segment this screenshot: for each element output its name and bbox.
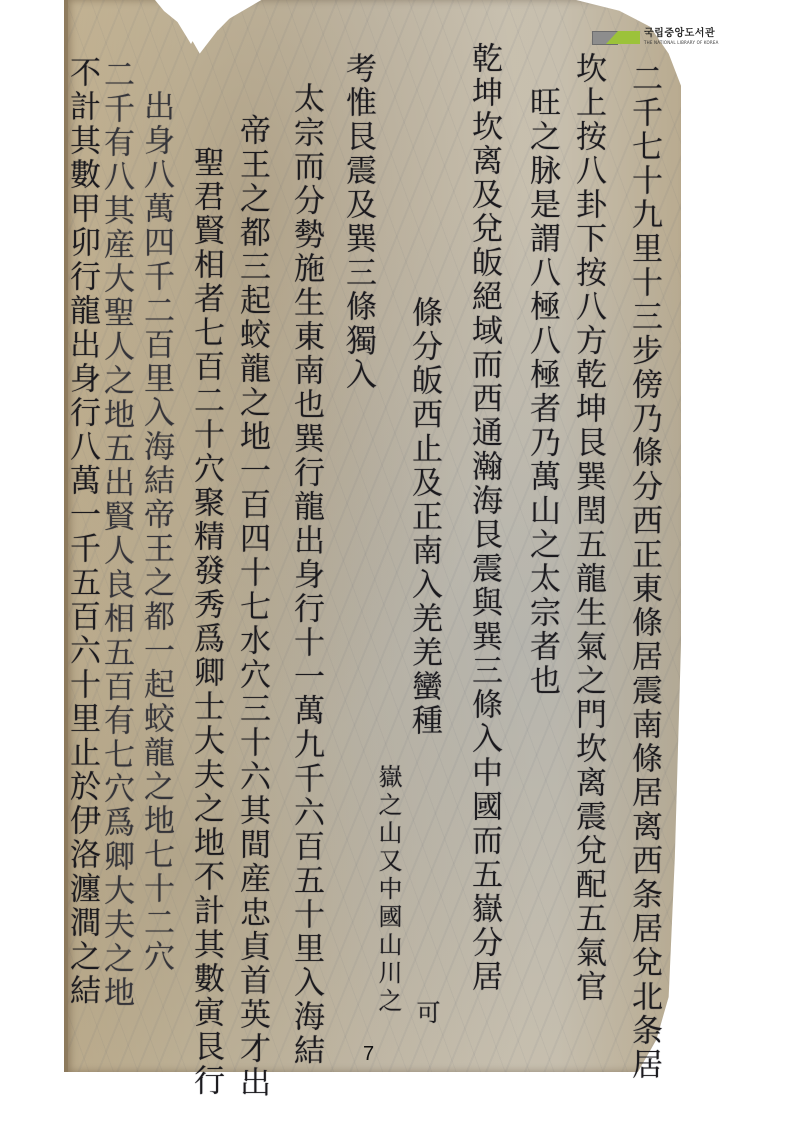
library-name-korean: 국립중앙도서관 (644, 29, 719, 39)
text-column-7: 考惟艮震及巽三條獨入 (342, 52, 373, 392)
text-column-8: 太宗而分勢施生東南也巽行龍出身行十一萬九千六百五十里入海結 (290, 82, 321, 1068)
library-name-english: THE NATIONAL LIBRARY OF KOREA (644, 41, 719, 45)
text-column-6: 嶽之山又中國山川之 (376, 764, 400, 1016)
text-column-10: 聖君賢相者七百二十穴聚精發秀爲卿士大夫之地不計其數寅艮行 (190, 146, 221, 1098)
text-column-11: 出身八萬四千二百里入海結帝王之都一起蛟龍之地七十二穴 (140, 90, 171, 974)
text-column-1: 二千七十九里十三步傍乃條分西正東條居震南條居离西条居兌北条居 (628, 62, 659, 1082)
text-column-12: 二千有八其産大聖人之地五出賢人良相五百有七穴爲卿大夫之地 (100, 58, 131, 1010)
text-column-5: 條分皈西止及正南入羌羌蠻種 (408, 296, 439, 738)
text-column-13: 不計其數甲卯行龍出身行八萬一千五百六十里止於伊洛瀍澗之結 (66, 56, 97, 1008)
text-column-4: 乾坤坎离及兌皈絕域而西通瀚海艮震與巽三條入中國而五嶽分居 (468, 42, 499, 994)
text-column-3: 旺之脉是謂八極八極者乃萬山之太宗者也 (526, 86, 557, 698)
text-column-2: 坎上按八卦下按八方乾坤艮巽閏五龍生氣之門坎离震兌配五氣官 (572, 52, 603, 1004)
library-logo-icon (592, 28, 640, 46)
text-column-6b: 可 (414, 1000, 438, 1028)
text-column-9: 帝王之都三起蛟龍之地一百四十七水穴三十六其間産忠貞首英才出 (236, 114, 267, 1100)
national-library-logo: 국립중앙도서관 THE NATIONAL LIBRARY OF KOREA (592, 26, 732, 48)
page-number: 7 (363, 1043, 374, 1066)
